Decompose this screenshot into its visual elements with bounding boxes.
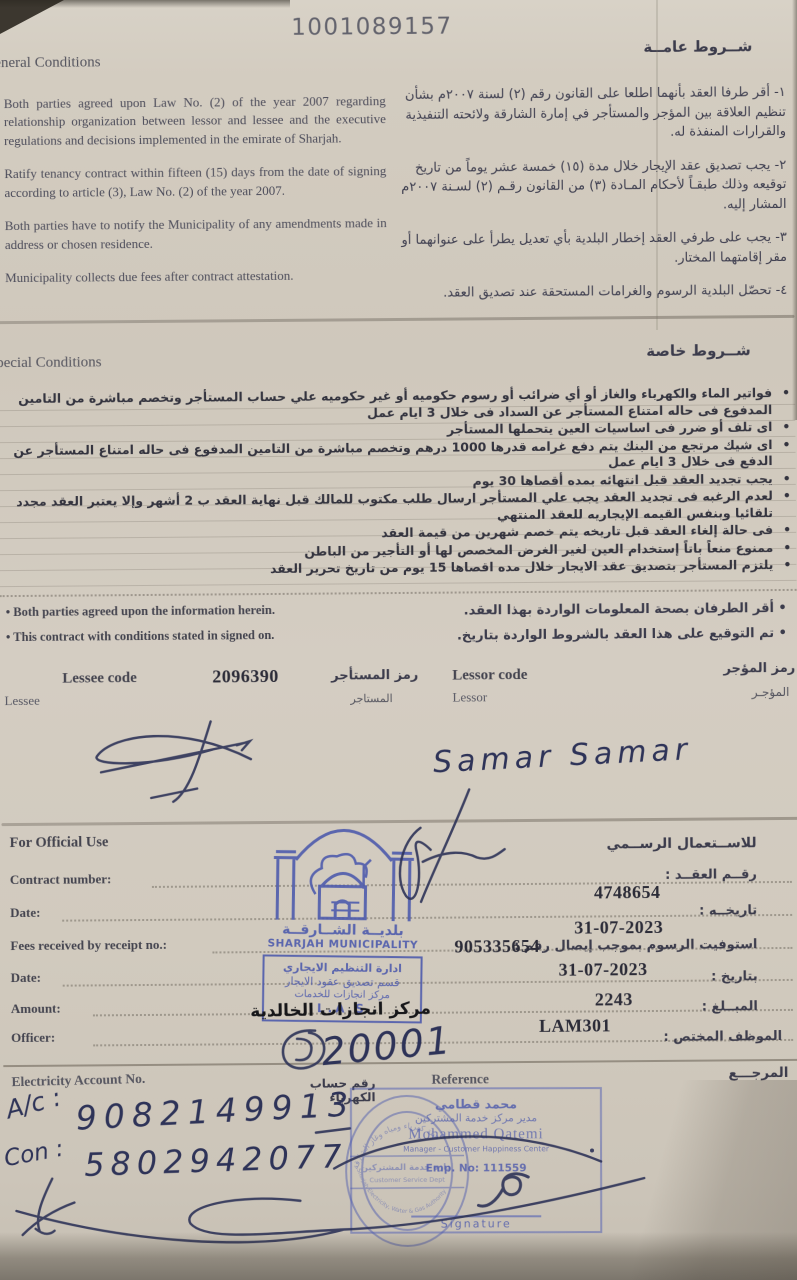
agreement-ar-2: • تم التوقيع على هذا العقد بالشروط الوار… [427, 626, 787, 644]
date2-label: Date: [11, 970, 41, 986]
scan-right-edge [792, 0, 797, 420]
date-label: Date: [10, 905, 40, 921]
lessor-label-en: Lessor [452, 689, 487, 705]
general-item-en: 3. Both parties have to notify the Munic… [0, 214, 387, 254]
date2-value: 31-07-2023 [559, 959, 648, 981]
qatemi-stamp: محمد قطامي مدير مركز خدمة المشتركين Moha… [350, 1087, 602, 1234]
lessee-label-ar: المستاجر [350, 692, 392, 705]
officer-label-ar: الموظف المختص : [663, 1029, 782, 1045]
receipt-number-value: 905335654 [454, 936, 540, 958]
amount-value: 2243 [595, 989, 633, 1010]
special-conditions-title-en: Special Conditions [0, 354, 102, 372]
officer-label: Officer: [11, 1030, 55, 1046]
special-conditions-title-ar: شــروط خاصة [646, 341, 751, 360]
lessee-code-label-ar: رمز المستأجر [318, 668, 418, 684]
date-label-ar: تاريخــه : [699, 903, 757, 918]
item-text: Both parties agreed upon Law No. (2) of … [4, 92, 386, 150]
contract-number-label: Contract number: [10, 871, 112, 888]
electricity-account-label-en: Electricity Account No. [11, 1071, 145, 1090]
electricity-account-number: 9082149913 [75, 1084, 357, 1137]
general-item-en: 4. Municipality collects due fees after … [0, 266, 387, 288]
fees-receipt-label-ar: استوفيت الرسوم بموجب إيصال رقم : [514, 937, 757, 954]
official-use-title-en: For Official Use [10, 834, 109, 852]
qatemi-name-ar: محمد قطامي [352, 1096, 600, 1112]
agreement-en-1: • Both parties agreed upon the informati… [6, 603, 275, 620]
lessor-label-ar: المؤجـر [752, 685, 790, 699]
stamp-dept-2: قسم تصديق عقود الايجار [266, 974, 418, 990]
handwritten-top-number: 20001 [319, 1018, 453, 1074]
dashed-divider [0, 589, 797, 597]
scan-bottom-shadow [0, 1232, 797, 1280]
signature-label: Signature [352, 1217, 600, 1231]
lessor-code-label-ar: رمز المؤجر [705, 661, 795, 677]
dotted-line [63, 979, 793, 987]
scanned-tenancy-contract: 1001089157 شــروط عامــة General Conditi… [0, 0, 797, 1280]
general-conditions-title-ar: شــروط عامــة [643, 37, 752, 56]
date2-label-ar: بتاريخ : [711, 969, 758, 984]
lessee-code-value: 2096390 [212, 666, 279, 688]
reference-label-ar: المرجـــع [728, 1065, 788, 1081]
general-item-ar: ١- أقر طرفا العقد بأنهما اطلعا على القان… [396, 83, 786, 145]
item-text: Municipality collects due fees after con… [5, 267, 294, 288]
general-item-ar: ٢- يجب تصديق عقد الإيجار خلال مدة (١٥) خ… [396, 155, 786, 217]
amount-label-ar: المبــلغ : [702, 999, 758, 1014]
date-value: 31-07-2023 [574, 917, 663, 939]
lessor-signature-name: Samar Samar [432, 732, 693, 780]
general-item-ar: ٣- يجب على طرفي العقد إخطار البلدية بأي … [397, 228, 787, 270]
contract-number-value: 4748654 [594, 882, 661, 904]
amount-label: Amount: [11, 1001, 61, 1017]
general-item-en: 1. Both parties agreed upon Law No. (2) … [0, 92, 386, 151]
connection-prefix: Con : [2, 1136, 66, 1172]
khalidiya-center-overlay: مركز انجازات الخالدية [175, 999, 431, 1023]
qatemi-title-ar: مدير مركز خدمة المشتركين [352, 1112, 600, 1126]
scan-top-edge [0, 0, 290, 8]
qatemi-emp-no: Emp. No: 111559 [352, 1162, 600, 1176]
general-conditions-title-en: General Conditions [0, 54, 101, 72]
agreement-ar-1: • أقر الطرفان بصحة المعلومات الواردة بهذ… [427, 601, 787, 619]
item-text: Both parties have to notify the Municipa… [5, 214, 387, 254]
lessee-signature-scribble [96, 721, 251, 802]
qatemi-title-en: Manager - Customer Happiness Center [352, 1144, 600, 1154]
general-conditions-ar: ١- أقر طرفا العقد بأنهما اطلعا على القان… [396, 83, 788, 318]
item-text: Ratify tenancy contract within fifteen (… [4, 162, 386, 202]
contract-number-label-ar: رقــم العقــد : [665, 867, 757, 883]
general-conditions-en: 1. Both parties agreed upon Law No. (2) … [0, 92, 387, 303]
lessee-code-label-en: Lessee code [62, 670, 137, 688]
lessor-code-label-en: Lessor code [452, 667, 527, 685]
special-item: اى شيك مرتجع من البنك يتم دفع غرامه قدره… [6, 437, 776, 476]
general-item-ar: ٤- تحصّل البلدية الرسوم والغرامات المستح… [397, 281, 787, 304]
agreement-en-2: • This contract with conditions stated i… [6, 628, 275, 645]
fees-receipt-label: Fees received by receipt no.: [10, 937, 167, 954]
document-number: 1001089157 [291, 14, 453, 41]
special-item: لعدم الرغبه فى تجديد العقد يجب علي المست… [7, 488, 777, 527]
general-item-en: 2. Ratify tenancy contract within fiftee… [0, 162, 387, 202]
municipality-emblem [263, 809, 424, 923]
stamp-name-en: SHARJAH MUNICIPALITY [258, 937, 428, 951]
fold-crease [656, 0, 658, 330]
special-item: فواتير الماء والكهرباء والغاز أو أي ضرائ… [6, 385, 776, 424]
municipality-stamp: بلديــة الشــارقــة SHARJAH MUNICIPALITY… [257, 809, 430, 1023]
bottom-left-squiggle [22, 1179, 74, 1235]
special-conditions-list: فواتير الماء والكهرباء والغاز أو أي ضرائ… [6, 385, 793, 581]
official-use-title-ar: للاســتعمال الرســمي [606, 835, 756, 852]
officer-value: LAM301 [539, 1015, 611, 1037]
lessee-label-en: Lessee [4, 693, 39, 709]
qatemi-name-en: Mohammed Qatemi [352, 1125, 600, 1144]
connection-number: 5802942077 [84, 1137, 349, 1184]
